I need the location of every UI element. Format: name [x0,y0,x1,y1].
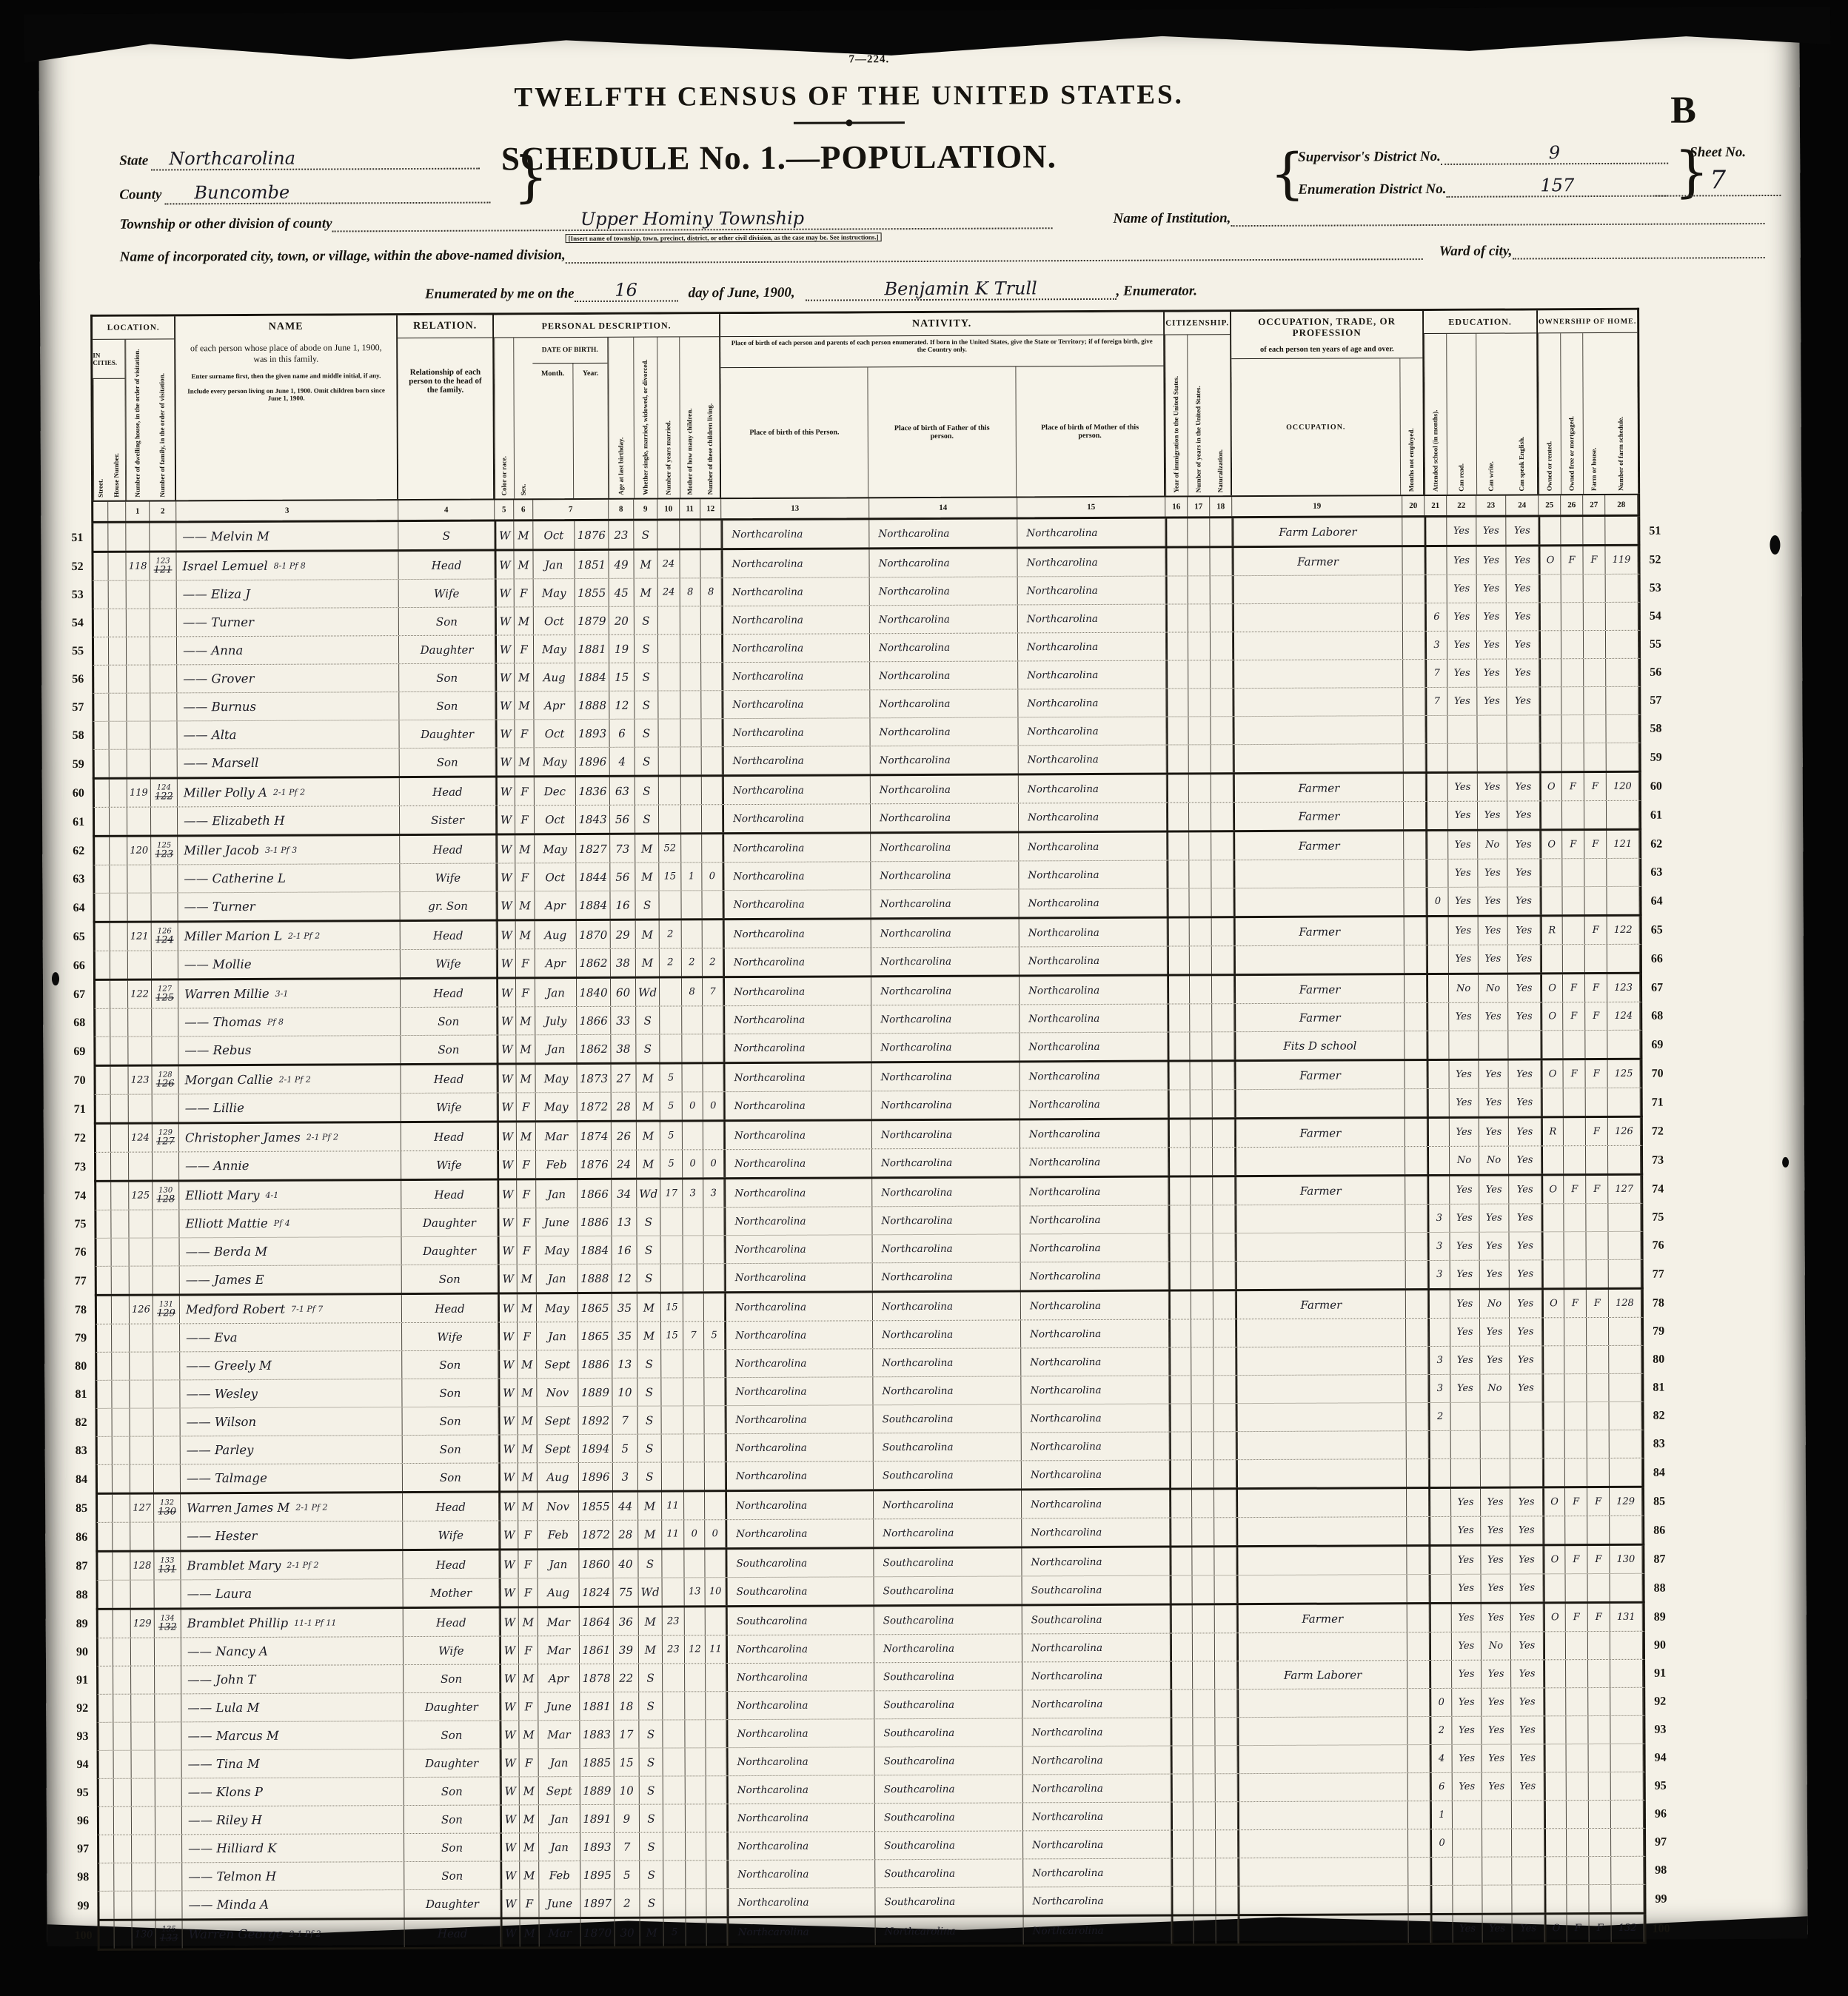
cell-pb: Northcarolina [727,1888,875,1916]
cell-age: 5 [615,1861,640,1889]
cell-fh [1584,743,1607,771]
cell-c18 [1211,745,1233,772]
cell-name: —— Riley H [182,1806,404,1834]
cell-yr: 1873 [577,1065,611,1092]
cell-rel: Daughter [404,1890,500,1918]
cell-sp: Yes [1507,801,1540,828]
cell-c: W [499,1435,518,1462]
cell-c: W [497,1065,516,1092]
cell-pb: Northcarolina [724,1121,872,1149]
cell-pm: Northcarolina [1020,1178,1168,1206]
cell-sp: Yes [1506,546,1539,574]
cell-dw [131,1581,155,1608]
cell-pf: Northcarolina [871,919,1020,947]
cell-mo: Sept [538,1407,579,1434]
cell-mc [682,1006,703,1034]
row-number-right: 76 [1643,1232,1673,1260]
cell-ym: 24 [658,578,680,606]
cell-c: W [495,635,515,663]
citizenship-group: CITIZENSHIP. Year of immigration to the … [1165,312,1232,495]
cell-pb: Northcarolina [723,746,871,774]
cell-fn [1606,715,1638,743]
cell-lv [700,550,721,577]
cell-wr: No [1480,1290,1510,1318]
cell-sp: Yes [1507,831,1540,858]
cell-sch [1427,975,1449,1002]
cell-m: S [640,1749,663,1776]
cell-m: M [635,579,658,606]
cell-fr [1563,1031,1585,1058]
cell-fr: F [1563,974,1585,1002]
cell-rel: Son [400,748,496,777]
cell-c18 [1214,1404,1236,1431]
row-number-left: 72 [66,1125,94,1153]
column-number: 7 [533,500,609,519]
cell-pf: Northcarolina [870,661,1018,689]
row-number-left: 98 [69,1863,97,1892]
cell-c18 [1213,1233,1236,1261]
cell-mo: June [539,1889,580,1917]
cell-fr: F [1567,1915,1590,1942]
cell-mne [1404,774,1426,801]
owned-or-rented-col-label: Owned or rented. [1538,333,1561,494]
cell-fr [1566,1660,1588,1687]
cell-sp: Yes [1507,687,1539,714]
cell-ow: O [1541,1002,1563,1030]
cell-street [99,1807,114,1835]
occupation-col-label: OCCUPATION. [1231,358,1401,495]
person-name: —— Eliza J [183,587,250,601]
cell-sp: Yes [1509,1088,1541,1116]
cell-rel: Daughter [401,1209,498,1237]
cell-mc [683,1236,704,1263]
person-name: Warren James M [187,1501,289,1516]
cell-c17 [1191,1205,1213,1233]
cell-ow [1539,603,1561,630]
cell-pm: Northcarolina [1020,947,1168,975]
cell-fam [155,1806,182,1834]
cell-mc [680,691,701,718]
township-fineprint: [Insert name of township, town, precinct… [566,232,882,243]
cell-occ [1236,1233,1406,1261]
cell-s: F [516,979,535,1006]
cell-house [110,923,128,951]
cell-fr [1564,1088,1586,1116]
cell-c18 [1213,1148,1235,1175]
cell-rel: Son [402,1265,498,1293]
cell-mo: May [537,1236,578,1264]
cell-lv: 0 [703,1092,724,1119]
cell-lv [704,1293,725,1321]
cell-name: —— Lillie [179,1094,401,1122]
cell-m: S [640,1833,663,1861]
row-number-right: 54 [1641,603,1670,631]
cell-c16 [1171,1718,1193,1745]
cell-pb: Northcarolina [725,1263,873,1291]
cell-pb: Northcarolina [726,1719,874,1747]
cell-ym: 15 [661,1293,683,1321]
cell-occ: Farmer [1233,774,1404,802]
cell-lv [702,747,723,774]
cell-fr [1561,687,1584,714]
cell-lv [702,777,723,804]
cell-ow: O [1543,1488,1565,1516]
cell-pb: Northcarolina [726,1691,874,1719]
cell-yr: 1892 [579,1407,613,1434]
cell-rd: Yes [1450,1089,1479,1116]
cell-c18 [1213,1291,1236,1319]
cell-c: W [496,777,515,805]
person-name: —— Berda M [186,1245,268,1259]
cell-fn [1608,1204,1641,1231]
cell-pm: Southcarolina [1022,1606,1171,1634]
cell-fn [1608,1146,1641,1173]
cell-pf: Northcarolina [870,577,1018,605]
cell-mc [682,1064,703,1091]
cell-fh: F [1585,1002,1607,1030]
form-number: 7—224. [848,53,889,66]
cell-house [111,1067,129,1094]
sex-col-label: Sex. [513,338,533,498]
cell-c16 [1171,1575,1193,1603]
cell-yr: 1888 [575,691,609,719]
cell-wr: Yes [1479,1061,1508,1088]
cell-c17 [1188,717,1211,744]
cell-pf: Northcarolina [876,1917,1024,1945]
person-name: —— Anna [183,643,243,657]
row-number-left: 59 [64,750,93,780]
cell-dw: 129 [131,1610,155,1638]
cell-lv [701,719,722,746]
cell-rd: Yes [1452,1717,1482,1744]
cell-rd [1451,1459,1481,1487]
cell-c: W [495,579,515,606]
cell-ym [661,1350,683,1377]
cell-house [113,1437,130,1464]
cell-occ [1234,945,1405,974]
row-number-right: 71 [1643,1088,1673,1118]
cell-pf: Southcarolina [875,1746,1023,1775]
person-name: —— Mollie [184,957,252,971]
cell-pm: Northcarolina [1018,633,1166,661]
cell-house [113,1523,130,1550]
cell-name: —— Lula M [181,1693,404,1721]
cell-ow [1541,1232,1564,1259]
cell-s: F [519,1578,538,1606]
cell-sp: Yes [1508,1002,1541,1030]
cell-fh: F [1585,1060,1607,1088]
cell-lv [706,1692,726,1719]
cell-mne [1407,1517,1429,1544]
cell-rd: Yes [1448,888,1478,915]
cell-mo: May [534,579,575,606]
cell-c16 [1168,918,1190,945]
cell-c: W [500,1636,519,1664]
cell-fn [1610,1660,1643,1687]
column-number: 9 [634,500,657,519]
cell-fr [1562,743,1584,771]
cell-c17 [1193,1858,1216,1886]
cell-s: M [515,748,535,775]
cell-mc: 12 [685,1635,706,1663]
row-number-left: 73 [66,1153,94,1182]
cell-mne [1407,1575,1430,1602]
cell-c18 [1215,1661,1237,1689]
cell-c: W [497,1007,516,1034]
cell-fh [1589,1829,1611,1856]
cell-c18 [1213,1119,1235,1147]
cell-m: M [639,1608,663,1635]
cell-house [108,523,126,551]
cell-s: F [515,579,534,606]
cell-ym: 15 [661,1322,683,1349]
cell-street [96,1067,111,1094]
township-label: Township or other division of county [119,215,332,232]
cell-c18 [1212,918,1234,945]
cell-rel: Wife [401,1094,498,1122]
cell-mc [684,1550,705,1577]
cell-sp: Yes [1510,1290,1542,1317]
cell-yr: 1881 [575,635,609,663]
cell-lv [706,1804,727,1832]
cell-sch [1426,774,1448,801]
person-name: —— Klons P [188,1785,263,1799]
cell-c: W [500,1721,519,1748]
cell-wr: Yes [1477,660,1507,687]
cell-c: W [495,691,515,719]
cell-mne [1406,1290,1428,1318]
cell-sp: Yes [1510,1260,1542,1287]
cell-pb: Northcarolina [726,1663,874,1691]
cell-s: F [517,1208,536,1236]
cell-fh [1586,1232,1608,1259]
cell-fr [1564,1118,1586,1145]
cell-sp: Yes [1511,1688,1544,1715]
cell-yr: 1886 [577,1208,612,1236]
column-number: 6 [514,500,533,519]
cell-pb: Northcarolina [727,1860,875,1888]
cell-rel: Son [401,1008,497,1036]
cell-ym: 23 [663,1607,685,1635]
cell-pb: Northcarolina [725,1377,873,1405]
cell-c: W [496,806,515,833]
cell-fr [1564,1232,1586,1259]
cell-house [111,1125,129,1152]
cell-dw: 127 [130,1495,154,1522]
row-number-left: 89 [68,1610,96,1638]
cell-mne [1405,975,1427,1002]
cell-name: Miller Jacob3-1 Pf 3 [178,836,400,864]
cell-c16 [1168,1090,1191,1117]
cell-yr: 1861 [580,1636,614,1664]
cell-house [112,1296,130,1324]
person-name: —— Marsell [184,756,259,770]
city-field: Name of incorporated city, town, or vill… [120,244,1423,266]
cell-street [93,553,108,580]
cell-mne [1407,1604,1430,1632]
cell-name: Bramblet Mary2-1 Pf 2 [181,1551,403,1579]
cell-house [110,1009,128,1036]
cell-pm: Northcarolina [1020,1091,1168,1119]
cell-name: —— Rebus [178,1036,401,1064]
cell-fh: F [1588,1604,1610,1631]
person-name: —— Laura [187,1587,252,1601]
cell-name: —— Eva [180,1323,402,1351]
cell-rd: Yes [1450,1205,1479,1232]
cell-dw [132,1835,155,1863]
cell-lv [701,634,722,662]
person-name: —— Turner [184,900,255,914]
person-name: —— Tina M [188,1757,260,1771]
cell-pb: Northcarolina [727,1747,875,1775]
cell-pm: Northcarolina [1020,1062,1168,1091]
cell-age: 23 [609,521,634,549]
row-number-right: 86 [1644,1516,1674,1546]
cell-name: —— James E [180,1265,402,1293]
cell-s: F [517,1151,536,1178]
cell-c18 [1213,1319,1236,1347]
row-number-right: 80 [1644,1346,1673,1374]
cell-age: 28 [612,1093,637,1120]
cell-ym [663,1578,685,1605]
cell-c: W [500,1805,520,1832]
cell-pb: Northcarolina [723,862,871,890]
cell-pf: Northcarolina [870,689,1018,717]
cell-mne [1405,945,1427,973]
person-name: —— Wilson [187,1415,257,1429]
cell-yr: 1879 [575,607,609,634]
cell-fn [1610,1430,1642,1458]
row-number-right: 53 [1641,575,1670,603]
cell-sch [1427,1003,1449,1031]
cell-yr: 1876 [577,1151,612,1178]
cell-s: M [515,891,535,919]
cell-fr [1561,517,1583,544]
cell-c16 [1171,1802,1193,1829]
person-name: —— Annie [185,1159,250,1173]
cell-lv: 7 [703,978,723,1005]
cell-s: F [519,1636,538,1664]
cell-fn [1607,1031,1640,1058]
person-name: —— Hester [187,1529,257,1543]
cell-mo: Feb [536,1151,577,1178]
cell-lv [700,520,721,548]
cell-yr: 1889 [578,1379,612,1406]
cell-sp: Yes [1509,1204,1541,1231]
cell-m: Wd [636,979,660,1006]
cell-wr: Yes [1482,1773,1512,1801]
cell-street [94,609,109,637]
cell-pf: Northcarolina [871,803,1019,831]
cell-wr: Yes [1483,1915,1513,1943]
cell-c16 [1168,1004,1190,1031]
enumerator-annotation: 7-1 Pf 7 [291,1305,323,1314]
cell-rd [1448,744,1478,771]
cell-mne [1404,802,1426,829]
cell-pb: Northcarolina [723,1063,871,1091]
enumerated-label2: day of June, 1900, [678,285,806,302]
cell-pb: Northcarolina [723,776,871,804]
cell-s: M [515,691,534,719]
cell-ow [1539,687,1561,714]
cell-sch: 2 [1430,1717,1452,1744]
cell-pb: Northcarolina [721,520,869,548]
cell-c18 [1213,1205,1235,1233]
cell-c: W [500,1692,519,1720]
cell-mne [1407,1489,1429,1516]
cell-yr: 1884 [576,891,610,919]
pob-father-col-label: Place of birth of Father of this person. [868,366,1017,497]
cell-fr [1564,1146,1586,1173]
cell-c18 [1215,1718,1237,1745]
cell-yr: 1843 [576,806,610,833]
cell-rel: Wife [401,950,497,978]
cell-ym [662,1462,684,1490]
cell-pm: Southcarolina [1022,1576,1171,1604]
cell-name: —— Klons P [182,1778,404,1806]
township-field: Township or other division of county Upp… [119,207,1052,232]
cell-sch: 1 [1430,1801,1453,1829]
cell-mo: Apr [535,949,577,977]
cell-c18 [1213,1262,1236,1289]
cell-yr: 1893 [575,720,609,747]
cell-dw [132,1892,155,1919]
cell-mc [683,1350,704,1377]
cell-m: S [635,777,659,805]
cell-c18 [1212,946,1234,974]
cell-rel: Daughter [399,720,495,748]
cell-occ: Fits D school [1234,1031,1405,1059]
cell-occ [1236,1459,1407,1487]
cell-house [112,1267,130,1294]
cell-wr: No [1479,1147,1509,1174]
cell-yr: 1893 [580,1833,615,1861]
cell-mc [680,719,701,746]
cell-lv [703,920,723,948]
cell-fh: F [1586,1118,1608,1145]
location-group: LOCATION. IN CITIES. Street. House Numbe… [93,316,176,500]
cell-m: S [638,1463,662,1490]
cell-mo: May [535,748,576,775]
cell-mc [684,1492,705,1519]
row-number-left: 80 [67,1353,95,1381]
cell-m: S [637,1379,661,1406]
cell-c17 [1193,1802,1216,1829]
cell-c17 [1188,632,1211,660]
cell-mne [1405,917,1427,945]
cell-fh [1589,1857,1611,1884]
street-col-label: Street. [93,379,108,500]
cell-sch [1425,716,1447,743]
cell-occ [1236,1547,1407,1575]
cell-wr: Yes [1476,547,1506,575]
cell-pb: Northcarolina [726,1405,874,1433]
cell-c16 [1171,1746,1193,1773]
cell-pm: Northcarolina [1017,549,1165,577]
cell-fh [1587,1516,1610,1544]
cell-name: —— Annie [179,1151,401,1179]
cell-sch [1427,1147,1450,1174]
cell-pf: Southcarolina [874,1461,1022,1489]
row-number-right: 73 [1643,1146,1673,1176]
cell-dw [130,1523,154,1550]
cell-s: M [520,1777,539,1804]
cell-lv [704,1378,725,1405]
cell-mne [1407,1459,1429,1487]
person-name: —— Nancy A [187,1644,268,1658]
cell-street [96,1037,110,1065]
cell-c16 [1171,1886,1193,1914]
